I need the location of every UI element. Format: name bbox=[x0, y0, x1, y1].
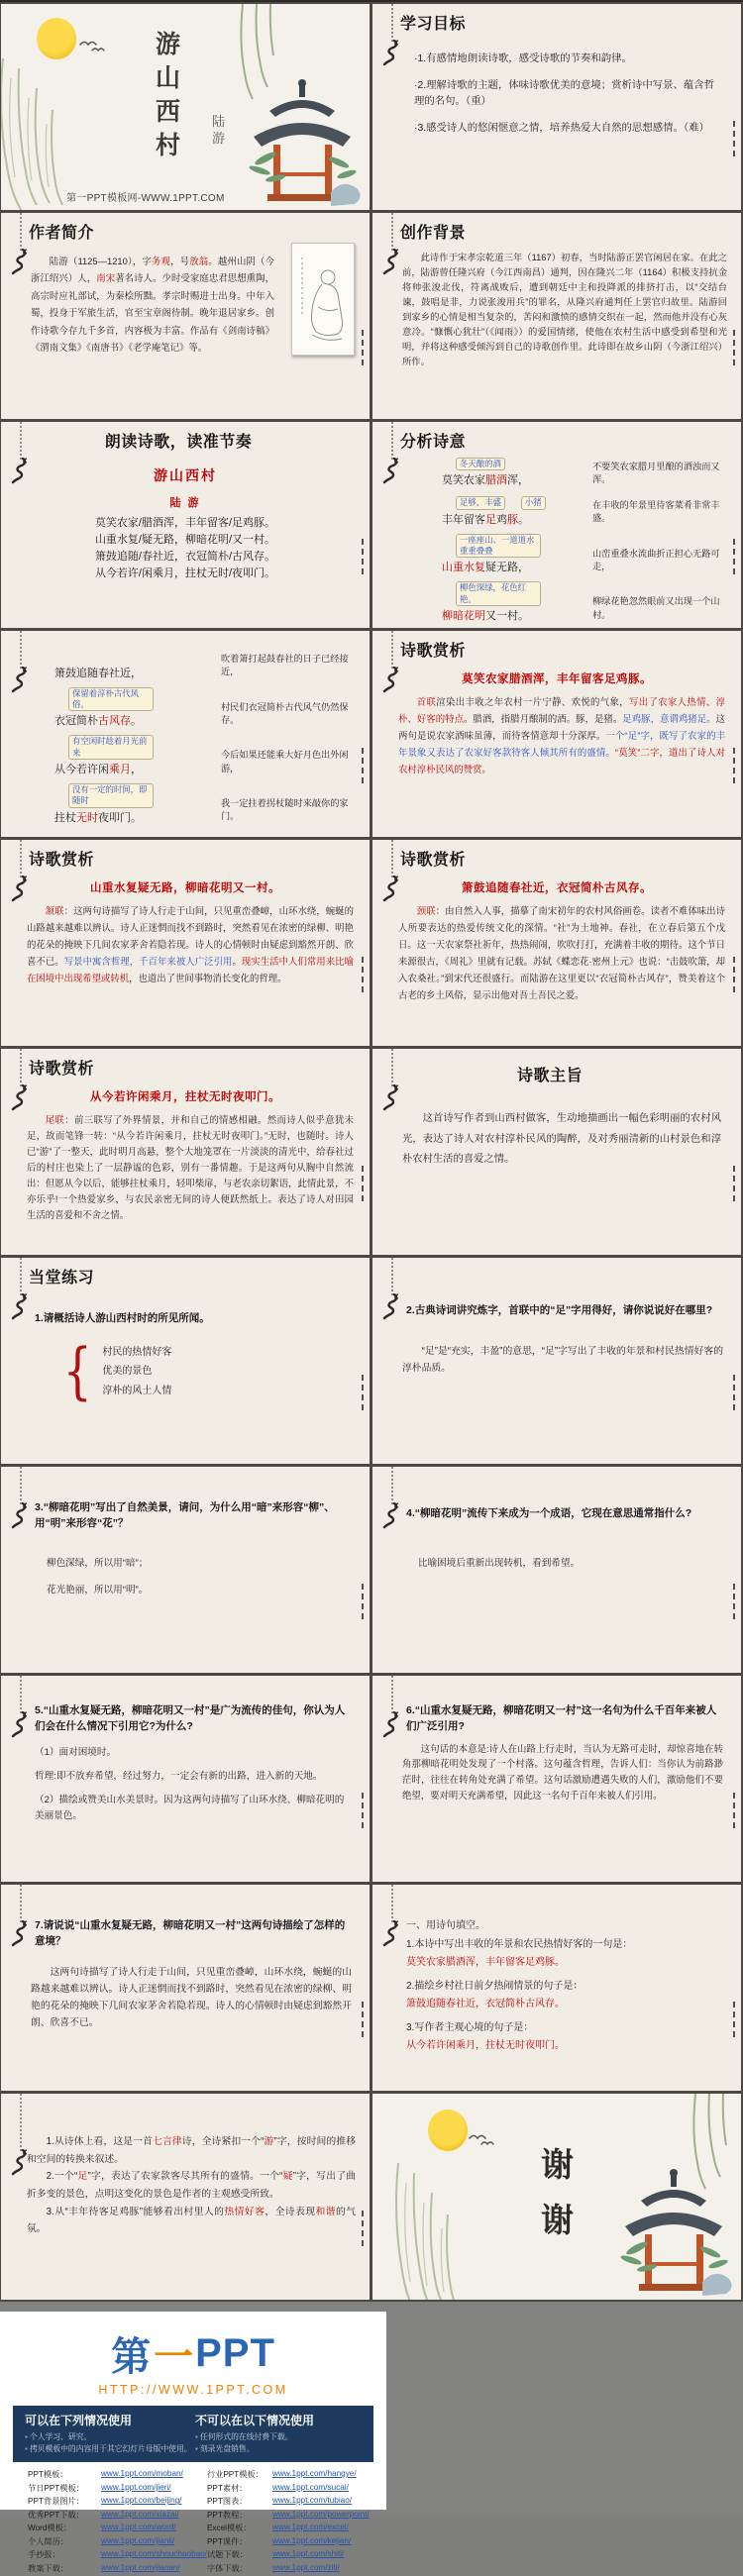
link-url[interactable]: www.1ppt.com/shiti/ bbox=[272, 2549, 344, 2560]
fill-answer: 莫笑农家腊酒浑，丰年留客足鸡豚。 bbox=[406, 1955, 725, 1971]
link-row: PPT教程： www.1ppt.com/powerpoint/ bbox=[207, 2510, 382, 2521]
birds-icon bbox=[468, 2131, 497, 2147]
quoted-verse: 箫鼓追随春社近，衣冠简朴古风存。 bbox=[372, 879, 741, 895]
ink-fish-icon bbox=[381, 40, 400, 66]
link-label: PPT教程： bbox=[207, 2510, 272, 2521]
line-gloss: 村民们衣冠简朴古代风气仍然保存。 bbox=[221, 701, 364, 733]
slide-title: 诗歌赏析 bbox=[400, 638, 727, 661]
poet-name: 陆 游 bbox=[1, 494, 370, 510]
analysis-row: 柳色深绿，花色红艳。 柳暗花明又一村。 柳绿花艳忽然眼前又出现一个山村。 bbox=[442, 579, 735, 627]
line-gloss: 我一定拄着拐杖随时来敲你的家门。 bbox=[221, 797, 364, 829]
slide-22-thanks: 谢谢 bbox=[372, 2094, 741, 2300]
link-label: 字体下载： bbox=[207, 2563, 272, 2574]
link-label: 个人简历： bbox=[28, 2536, 101, 2547]
appreciation-text: 颈联：由自然入人事，描摹了南宋初年的农村风俗画卷。读者不难体味出诗人所要表达的热… bbox=[398, 903, 725, 1004]
slide-title: 诗歌赏析 bbox=[400, 847, 727, 870]
link-url[interactable]: www.1ppt.com/xiazai/ bbox=[101, 2510, 179, 2521]
forbidden-uses: 不可以在以下情况使用 任何形式的在线付费下载。刻录光盘销售。 bbox=[195, 2412, 366, 2455]
slide-04-background: 创作背景 此诗作于宋孝宗乾道三年（1167）初春，当时陆游正罢官闲居在家。在此之… bbox=[372, 213, 741, 419]
summary-point: 1.从诗体上看，这是一首七言律诗，全诗紧扣一个“游”字，按时间的推移和空间的转换… bbox=[27, 2133, 356, 2168]
link-url[interactable]: www.1ppt.com/jieri/ bbox=[101, 2483, 171, 2494]
slide-20-fill-in-blanks: 一、用诗句填空。 1.本诗中写出丰收的年景和农民热情好客的一句是： 莫笑农家腊酒… bbox=[372, 1885, 741, 2091]
hanging-dotted-line bbox=[20, 213, 22, 251]
slide-12-theme: 诗歌主旨 这首诗写作者到山西村做客，生动地描画出一幅色彩明丽的农村风光，表达了诗… bbox=[372, 1049, 741, 1255]
hanging-dotted-line bbox=[391, 631, 393, 669]
summary-point: 2.一个“足”字，表达了农家款客尽其所有的盛情。一个“疑”字，写出了曲折多变的景… bbox=[27, 2168, 356, 2203]
allowed-item: 拷贝模板中的内容用于其它幻灯片母版中使用。 bbox=[25, 2443, 195, 2455]
slide-13-practice-q1: 当堂练习 1.请概括诗人游山西村时的所见所闻。 { 村民的热情好客优美的景色淳朴… bbox=[1, 1258, 370, 1464]
hanging-dotted-line bbox=[20, 840, 22, 877]
link-label: 教案下载： bbox=[28, 2563, 101, 2574]
link-url[interactable]: www.1ppt.com/moban/ bbox=[101, 2469, 183, 2480]
right-dashed-line bbox=[362, 957, 364, 992]
slide-10-appreciation-3: 诗歌赏析 箫鼓追随春社近，衣冠简朴古风存。 颈联：由自然入人事，描摹了南宋初年的… bbox=[372, 840, 741, 1046]
logo-dash: 一 bbox=[154, 2325, 193, 2382]
summary-point: 3.从“丰年待客足鸡豚”能够看出村里人的热情好客，全诗表现和谐的气氛。 bbox=[27, 2204, 356, 2238]
slide-title: 学习目标 bbox=[400, 11, 727, 34]
question-text: 7.请说说“山重水复疑无路，柳暗花明又一村”这两句诗描绘了怎样的意境？ bbox=[35, 1918, 352, 1950]
link-url[interactable]: www.1ppt.com/excel/ bbox=[272, 2523, 349, 2533]
link-row: 节日PPT模板： www.1ppt.com/jieri/ bbox=[28, 2483, 207, 2494]
annotation-callout: 一座座山、一道道水重重叠叠 bbox=[456, 534, 541, 559]
analysis-row: 保留着淳朴古代风俗。 衣冠简朴古风存。 村民们衣冠简朴古代风气仍然保存。 bbox=[54, 685, 364, 733]
hanging-dotted-line bbox=[391, 422, 393, 460]
answer-item: 村民的热情好客 bbox=[102, 1343, 171, 1363]
poem-line: 山重水复/疑无路，柳暗花明/又一村。 bbox=[1, 532, 370, 549]
ink-fish-icon bbox=[10, 458, 29, 484]
fill-question: 3.写作者主观心境的句子是： bbox=[406, 2020, 725, 2036]
hanging-dotted-line bbox=[391, 213, 393, 251]
first-ppt-logo: 第 一 PPT bbox=[0, 2312, 386, 2382]
link-url[interactable]: www.1ppt.com/ziti/ bbox=[272, 2563, 340, 2574]
ink-fish-icon bbox=[10, 2149, 29, 2176]
goal-list: ·1.有感情地朗读诗歌，感受诗歌的节奏和韵律。·2.理解诗歌的主题，体味诗歌优美… bbox=[414, 52, 721, 138]
cover-title: 游山西村 bbox=[156, 28, 185, 162]
willow-branches-icon bbox=[1, 58, 72, 210]
slide-title: 作者简介 bbox=[29, 220, 356, 243]
answer-text: “足”是“充实，丰盈”的意思，“足”字写出了丰收的年景和村民热情好客的淳朴品质。 bbox=[402, 1343, 723, 1377]
hanging-dotted-line bbox=[391, 1885, 393, 1922]
ink-fish-icon bbox=[381, 458, 400, 484]
slide-03-author-intro: 作者简介 陆游（1125—1210），字务观，号放翁。越州山阴（今浙江绍兴）人，… bbox=[1, 213, 370, 419]
analysis-row: 一座座山、一道道水重重叠叠 山重水复疑无路， 山峦重叠水流曲折正担心无路可走， bbox=[442, 532, 735, 579]
annotation-callout: 冬天酿的酒 bbox=[456, 458, 505, 470]
right-dashed-line bbox=[733, 748, 735, 783]
link-label: 行业PPT模板： bbox=[207, 2469, 272, 2480]
fill-question: 2.描绘乡村社日前夕热闹情景的句子是： bbox=[406, 1979, 725, 1995]
right-dashed-line bbox=[362, 1375, 364, 1410]
right-dashed-line bbox=[362, 539, 364, 574]
link-row: Excel模板： www.1ppt.com/excel/ bbox=[207, 2523, 382, 2533]
slide-title: 朗读诗歌，读准节奏 bbox=[1, 429, 356, 452]
ink-fish-icon bbox=[381, 1293, 400, 1320]
link-row: PPT模板： www.1ppt.com/moban/ bbox=[28, 2469, 207, 2480]
allowed-title: 可以在下列情况使用 bbox=[25, 2412, 195, 2428]
link-row: 行业PPT模板： www.1ppt.com/hangye/ bbox=[207, 2469, 382, 2480]
right-dashed-line bbox=[362, 1166, 364, 1201]
appreciation-text: 尾联：前三联写了外界情景，并和自己的情感相融。然而诗人似乎意犹未足，故而笔锋一转… bbox=[27, 1112, 354, 1223]
answer-list: 村民的热情好客优美的景色淳朴的风土人情 bbox=[102, 1343, 171, 1401]
author-bio: 陆游（1125—1210），字务观，号放翁。越州山阴（今浙江绍兴）人，南宋著名诗… bbox=[31, 253, 274, 356]
link-label: 节日PPT模板： bbox=[28, 2483, 101, 2494]
allowed-uses: 可以在下列情况使用 个人学习、研究。拷贝模板中的内容用于其它幻灯片母版中使用。 bbox=[25, 2412, 195, 2455]
right-dashed-line bbox=[733, 957, 735, 992]
usage-terms-band: 可以在下列情况使用 个人学习、研究。拷贝模板中的内容用于其它幻灯片母版中使用。 … bbox=[13, 2406, 373, 2462]
forbidden-item: 刻录光盘销售。 bbox=[195, 2443, 366, 2455]
ink-fish-icon bbox=[10, 1711, 29, 1738]
fill-answer: 箫鼓追随春社近，衣冠简朴古风存。 bbox=[406, 1997, 725, 2012]
answer-text: 这两句诗描写了诗人行走于山间，只见重峦叠嶂，山环水绕，蜿蜒的山路越来越难以辨认。… bbox=[31, 1964, 352, 2032]
slide-05-reading-rhythm: 朗读诗歌，读准节奏 游山西村 陆 游 莫笑农家/腊酒浑，丰年留客/足鸡豚。山重水… bbox=[1, 422, 370, 628]
moon-icon bbox=[37, 18, 76, 59]
right-dashed-line bbox=[733, 2002, 735, 2037]
annotation-callout: 足够，丰盛 bbox=[456, 496, 505, 509]
site-footer: 第 一 PPT HTTP://WWW.1PPT.COM 可以在下列情况使用 个人… bbox=[0, 2302, 743, 2515]
slide-16-practice-q4: 4.“柳暗花明”流传下来成为一个成语，它现在意思通常指什么? 比喻困境后重新出现… bbox=[372, 1467, 741, 1673]
analysis-row: 有空闲时趁着月光前来 从今若许闲乘月， 今后如果还能乘大好月色出外闲游， bbox=[54, 733, 364, 780]
poem-line: 柳暗花明又一村。 bbox=[442, 607, 592, 623]
link-url[interactable]: www.1ppt.com/jianli/ bbox=[101, 2536, 174, 2547]
fill-answer: 从今若许闲乘月，拄杖无时夜叩门。 bbox=[406, 2038, 725, 2054]
links-right-column: 行业PPT模板： www.1ppt.com/hangye/ PPT素材： www… bbox=[207, 2469, 382, 2576]
poem-line: 箫鼓追随/春社近，衣冠简朴/古风存。 bbox=[1, 549, 370, 566]
question-text: 1.请概括诗人游山西村时的所见所闻。 bbox=[35, 1311, 352, 1327]
quoted-verse: 从今若许闲乘月，拄杖无时夜叩门。 bbox=[1, 1088, 370, 1104]
pavilion-icon bbox=[607, 2165, 741, 2300]
line-gloss: 柳绿花艳忽然眼前又出现一个山村。 bbox=[592, 595, 735, 627]
links-left-column: PPT模板： www.1ppt.com/moban/ 节日PPT模板： www.… bbox=[28, 2469, 207, 2576]
author-portrait-image bbox=[291, 243, 355, 356]
question-text: 2.古典诗词讲究炼字，首联中的“足”字用得好，请你说说好在哪里? bbox=[406, 1303, 723, 1319]
pavilion-icon bbox=[236, 75, 370, 210]
theme-text: 这首诗写作者到山西村做客，生动地描画出一幅色彩明丽的农村风光，表达了诗人对农村淳… bbox=[402, 1109, 721, 1171]
slide-06-analysis-1: 分析诗意 冬天酿的酒 莫笑农家腊酒浑， 不要笑农家腊月里酿的酒浊而又浑。 足够，… bbox=[372, 422, 741, 628]
poem-line: 山重水复疑无路， bbox=[442, 559, 592, 574]
link-row: 优秀PPT下载： www.1ppt.com/xiazai/ bbox=[28, 2510, 207, 2521]
background-text: 此诗作于宋孝宗乾道三年（1167）初春，当时陆游正罢官闲居在家。在此之前，陆游曾… bbox=[402, 251, 727, 369]
quoted-verse: 山重水复疑无路，柳暗花明又一村。 bbox=[1, 879, 370, 895]
answer-line: 比喻困境后重新出现转机，看到希望。 bbox=[418, 1556, 723, 1571]
poem-line: 莫笑农家腊酒浑， bbox=[442, 471, 592, 487]
right-dashed-line bbox=[733, 539, 735, 574]
ink-fish-icon bbox=[10, 667, 29, 693]
birds-icon bbox=[78, 38, 108, 53]
template-site-credit: 第一PPT模板网-WWW.1PPT.COM bbox=[66, 189, 225, 204]
poem-line: 箫鼓追随春社近， bbox=[54, 665, 221, 680]
ink-fish-icon bbox=[381, 249, 400, 275]
hanging-dotted-line bbox=[20, 1258, 22, 1295]
right-dashed-line bbox=[362, 2002, 364, 2037]
slide-19-practice-q7: 7.请说说“山重水复疑无路，柳暗花明又一村”这两句诗描绘了怎样的意境？ 这两句诗… bbox=[1, 1885, 370, 2091]
hanging-dotted-line bbox=[391, 1467, 393, 1504]
answer-point: 哲理:即不放弃希望，经过努力，一定会有新的出路，进入新的天地。 bbox=[35, 1769, 352, 1785]
line-gloss: 在丰收的年景里待客菜肴非常丰盛。 bbox=[592, 499, 735, 531]
ink-fish-icon bbox=[10, 1293, 29, 1320]
analysis-row: 冬天酿的酒 莫笑农家腊酒浑， 不要笑农家腊月里酿的酒浊而又浑。 bbox=[442, 454, 735, 491]
link-label: PPT图表： bbox=[207, 2496, 272, 2507]
slide-title: 诗歌赏析 bbox=[29, 1056, 356, 1079]
footer-card: 第 一 PPT HTTP://WWW.1PPT.COM 可以在下列情况使用 个人… bbox=[0, 2312, 386, 2510]
answer-item: 优美的景色 bbox=[102, 1362, 171, 1382]
link-url[interactable]: www.1ppt.com/powerpoint/ bbox=[272, 2510, 370, 2521]
ink-fish-icon bbox=[10, 249, 29, 275]
link-label: 手抄报： bbox=[28, 2549, 101, 2560]
slide-11-appreciation-4: 诗歌赏析 从今若许闲乘月，拄杖无时夜叩门。 尾联：前三联写了外界情景，并和自己的… bbox=[1, 1049, 370, 1255]
answer-item: 淳朴的风土人情 bbox=[102, 1382, 171, 1401]
appreciation-text: 颔联：这两句诗描写了诗人行走于山间，只见重峦叠嶂，山环水绕，蜿蜒的山路越来越难以… bbox=[27, 903, 354, 987]
analysis-row: 没有一定的时间，即随时 拄杖无时夜叩门。 我一定拄着拐杖随时来敲你的家门。 bbox=[54, 781, 364, 829]
question-text: 4.“柳暗花明”流传下来成为一个成语，它现在意思通常指什么? bbox=[406, 1506, 723, 1522]
hanging-dotted-line bbox=[20, 631, 22, 669]
analysis-row: 足够，丰盛小猪 丰年留客足鸡豚。 在丰收的年景里待客菜肴非常丰盛。 bbox=[442, 492, 735, 530]
line-gloss: 山峦重叠水流曲折正担心无路可走， bbox=[592, 548, 735, 579]
logo-char: 第 bbox=[111, 2325, 152, 2382]
link-label: PPT背景图片： bbox=[28, 2496, 101, 2507]
link-url[interactable]: www.1ppt.com/kejian/ bbox=[272, 2536, 351, 2547]
answer-brace-group: { 村民的热情好客优美的景色淳朴的风土人情 bbox=[60, 1343, 370, 1401]
slide-title: 分析诗意 bbox=[400, 429, 727, 452]
annotation-callout: 小猪 bbox=[521, 496, 546, 509]
link-row: 手抄报： www.1ppt.com/shouchaobao/ bbox=[28, 2549, 207, 2560]
slide-15-practice-q3: 3.“柳暗花明”写出了自然美景，请问，为什么用“暗”来形容“柳”、用“明”来形容… bbox=[1, 1467, 370, 1673]
right-dashed-line bbox=[362, 1793, 364, 1828]
ink-fish-icon bbox=[381, 1711, 400, 1738]
link-url[interactable]: www.1ppt.com/tubiao/ bbox=[272, 2496, 352, 2507]
hanging-dotted-line bbox=[20, 1467, 22, 1504]
site-url-link[interactable]: HTTP://WWW.1PPT.COM bbox=[0, 2383, 386, 2397]
hanging-dotted-line bbox=[20, 1049, 22, 1086]
question-text: 3.“柳暗花明”写出了自然美景，请问，为什么用“暗”来形容“柳”、用“明”来形容… bbox=[35, 1500, 352, 1532]
right-dashed-line bbox=[733, 1584, 735, 1619]
forbidden-item: 任何形式的在线付费下载。 bbox=[195, 2431, 366, 2443]
right-dashed-line bbox=[362, 1584, 364, 1619]
analysis-row: 箫鼓追随春社近， 吹着箫打起鼓春社的日子已经接近， bbox=[54, 653, 364, 684]
question-text: 6.“山重水复疑无路，柳暗花明又一村”这一名句为什么千百年来被人们广泛引用? bbox=[406, 1703, 723, 1735]
fill-question: 1.本诗中写出丰收的年景和农民热情好客的一句是： bbox=[406, 1937, 725, 1953]
curly-brace-icon: { bbox=[63, 1344, 92, 1399]
cover-author: 陆游 bbox=[212, 113, 227, 147]
link-label: Excel模板： bbox=[207, 2523, 272, 2533]
slide-title: 创作背景 bbox=[400, 220, 727, 243]
hanging-dotted-line bbox=[20, 422, 22, 460]
ink-fish-icon bbox=[10, 1502, 29, 1529]
hanging-dotted-line bbox=[20, 2094, 22, 2151]
answer-point: （2）描绘或赞美山水美景时。因为这两句诗描写了山环水绕、柳暗花明的美丽景色。 bbox=[35, 1793, 352, 1825]
link-url[interactable]: www.1ppt.com/word/ bbox=[101, 2523, 176, 2533]
slide-21-summary-points: 1.从诗体上看，这是一首七言律诗，全诗紧扣一个“游”字，按时间的推移和空间的转换… bbox=[1, 2094, 370, 2300]
answer-line: 柳色深绿，所以用“暗”； bbox=[47, 1556, 352, 1571]
link-label: PPT课件： bbox=[207, 2536, 272, 2547]
link-row: Word模板： www.1ppt.com/word/ bbox=[28, 2523, 207, 2533]
annotation-callout: 有空闲时趁着月光前来 bbox=[68, 735, 154, 760]
link-row: 试题下载： www.1ppt.com/shiti/ bbox=[207, 2549, 382, 2560]
slide-title: 当堂练习 bbox=[29, 1265, 356, 1288]
footer-links: PPT模板： www.1ppt.com/moban/ 节日PPT模板： www.… bbox=[0, 2462, 386, 2576]
link-label: 试题下载： bbox=[207, 2549, 272, 2560]
allowed-items: 个人学习、研究。拷贝模板中的内容用于其它幻灯片母版中使用。 bbox=[25, 2431, 195, 2455]
poem-line: 从今若许/闲乘月，拄杖无时/夜叩门。 bbox=[1, 566, 370, 582]
moon-icon bbox=[428, 2110, 468, 2151]
poem-line: 从今若许闲乘月， bbox=[54, 761, 221, 776]
right-dashed-line bbox=[733, 121, 735, 156]
ink-fish-icon bbox=[381, 1920, 400, 1947]
hanging-dotted-line bbox=[391, 1049, 393, 1086]
ink-fish-icon bbox=[381, 1502, 400, 1529]
link-url[interactable]: www.1ppt.com/shouchaobao/ bbox=[101, 2549, 207, 2560]
hanging-dotted-line bbox=[391, 1258, 393, 1295]
logo-ppt: PPT bbox=[195, 2331, 275, 2376]
poem-line: 莫笑农家/腊酒浑，丰年留客/足鸡豚。 bbox=[1, 515, 370, 532]
analysis-rows: 箫鼓追随春社近， 吹着箫打起鼓春社的日子已经接近， 保留着淳朴古代风俗。 衣冠简… bbox=[54, 653, 364, 829]
ink-fish-icon bbox=[381, 876, 400, 902]
slide-02-learning-goals: 学习目标 ·1.有感情地朗读诗歌，感受诗歌的节奏和韵律。·2.理解诗歌的主题，体… bbox=[372, 4, 741, 210]
link-row: 个人简历： www.1ppt.com/jianli/ bbox=[28, 2536, 207, 2547]
line-gloss: 今后如果还能乘大好月色出外闲游， bbox=[221, 749, 364, 780]
slide-title: 诗歌赏析 bbox=[29, 847, 356, 870]
poem-lines: 莫笑农家/腊酒浑，丰年留客/足鸡豚。山重水复/疑无路，柳暗花明/又一村。箫鼓追随… bbox=[1, 515, 370, 582]
link-url[interactable]: www.1ppt.com/jiaoan/ bbox=[101, 2563, 180, 2574]
hanging-dotted-line bbox=[391, 4, 393, 42]
link-row: PPT课件： www.1ppt.com/kejian/ bbox=[207, 2536, 382, 2547]
poem-line: 拄杖无时夜叩门。 bbox=[54, 809, 221, 825]
forbidden-title: 不可以在以下情况使用 bbox=[195, 2412, 366, 2428]
ink-fish-icon bbox=[10, 876, 29, 902]
slide-09-appreciation-2: 诗歌赏析 山重水复疑无路，柳暗花明又一村。 颔联：这两句诗描写了诗人行走于山间，… bbox=[1, 840, 370, 1046]
slide-01-cover: 游山西村 陆游 第一PPT模板网-WWW.1PPT.COM bbox=[1, 4, 370, 210]
slide-08-appreciation-1: 诗歌赏析 莫笑农家腊酒浑，丰年留客足鸡豚。 首联渲染出丰收之年农村一片宁静、欢悦… bbox=[372, 631, 741, 837]
allowed-item: 个人学习、研究。 bbox=[25, 2431, 195, 2443]
slide-grid: 游山西村 陆游 第一PPT模板网-WWW.1PPT.COM 学习目标 ·1.有感… bbox=[0, 0, 743, 2302]
slide-title: 诗歌主旨 bbox=[372, 1063, 727, 1085]
right-dashed-line bbox=[362, 330, 364, 365]
annotation-callout: 柳色深绿，花色红艳。 bbox=[456, 581, 541, 606]
answer-line: 花光艳丽，所以用“明”。 bbox=[47, 1583, 352, 1597]
quoted-verse: 莫笑农家腊酒浑，丰年留客足鸡豚。 bbox=[372, 670, 741, 686]
link-row: 字体下载： www.1ppt.com/ziti/ bbox=[207, 2563, 382, 2574]
slide-07-analysis-2: 箫鼓追随春社近， 吹着箫打起鼓春社的日子已经接近， 保留着淳朴古代风俗。 衣冠简… bbox=[1, 631, 370, 837]
right-dashed-line bbox=[362, 2211, 364, 2246]
answer-point: （1）面对困境时。 bbox=[35, 1745, 352, 1761]
question-text: 5.“山重水复疑无路，柳暗花明又一村”是广为流传的佳句，你认为人们会在什么情况下… bbox=[35, 1703, 352, 1735]
poem-title: 游山西村 bbox=[1, 465, 370, 485]
link-url[interactable]: www.1ppt.com/sucai/ bbox=[272, 2483, 349, 2494]
annotation-callout: 保留着淳朴古代风俗。 bbox=[68, 687, 154, 712]
poem-line: 衣冠简朴古风存。 bbox=[54, 712, 221, 728]
goal-item: ·3.感受诗人的悠闲惬意之情，培养热爱大自然的思想感情。（难） bbox=[414, 121, 721, 137]
poem-line: 丰年留客足鸡豚。 bbox=[442, 511, 592, 527]
right-dashed-line bbox=[362, 748, 364, 783]
line-gloss: 不要笑农家腊月里酿的酒浊而又浑。 bbox=[592, 461, 735, 492]
right-dashed-line bbox=[733, 1166, 735, 1201]
link-row: PPT图表： www.1ppt.com/tubiao/ bbox=[207, 2496, 382, 2507]
link-url[interactable]: www.1ppt.com/beijing/ bbox=[101, 2496, 181, 2507]
slide-18-practice-q6: 6.“山重水复疑无路，柳暗花明又一村”这一名句为什么千百年来被人们广泛引用? 这… bbox=[372, 1676, 741, 1882]
link-row: PPT背景图片： www.1ppt.com/beijing/ bbox=[28, 2496, 207, 2507]
right-dashed-line bbox=[733, 330, 735, 365]
exercise-intro: 一、用诗句填空。 bbox=[406, 1918, 725, 1934]
line-gloss: 吹着箫打起鼓春社的日子已经接近， bbox=[221, 653, 364, 684]
hanging-dotted-line bbox=[20, 1885, 22, 1922]
right-dashed-line bbox=[733, 1793, 735, 1828]
ink-fish-icon bbox=[381, 1084, 400, 1111]
link-label: Word模板： bbox=[28, 2523, 101, 2533]
willow-branches-icon bbox=[388, 2163, 468, 2300]
link-label: PPT素材： bbox=[207, 2483, 272, 2494]
ink-fish-icon bbox=[10, 1920, 29, 1947]
annotation-callout: 没有一定的时间，即随时 bbox=[68, 783, 154, 808]
link-url[interactable]: www.1ppt.com/hangye/ bbox=[272, 2469, 357, 2480]
goal-item: ·1.有感情地朗读诗歌，感受诗歌的节奏和韵律。 bbox=[414, 52, 721, 67]
analysis-rows: 冬天酿的酒 莫笑农家腊酒浑， 不要笑农家腊月里酿的酒浊而又浑。 足够，丰盛小猪 … bbox=[442, 454, 735, 627]
link-label: 优秀PPT下载： bbox=[28, 2510, 101, 2521]
forbidden-items: 任何形式的在线付费下载。刻录光盘销售。 bbox=[195, 2431, 366, 2455]
goal-item: ·2.理解诗歌的主题，体味诗歌优美的意境；赏析诗中写景、蕴含哲理的名句。（重） bbox=[414, 78, 721, 110]
thanks-title: 谢谢 bbox=[541, 2137, 581, 2248]
slide-17-practice-q5: 5.“山重水复疑无路，柳暗花明又一村”是广为流传的佳句，你认为人们会在什么情况下… bbox=[1, 1676, 370, 1882]
hanging-dotted-line bbox=[20, 1676, 22, 1713]
answer-text: 这句话的本意是:诗人在山路上行走时，当认为无路可走时，却惊喜地在转角那柳暗花明处… bbox=[402, 1741, 723, 1803]
ink-fish-icon bbox=[381, 667, 400, 693]
fill-in-exercise: 一、用诗句填空。 1.本诗中写出丰收的年景和农民热情好客的一句是： 莫笑农家腊酒… bbox=[406, 1918, 725, 2054]
link-row: 教案下载： www.1ppt.com/jiaoan/ bbox=[28, 2563, 207, 2574]
right-dashed-line bbox=[733, 1375, 735, 1410]
hanging-dotted-line bbox=[391, 1676, 393, 1713]
ink-fish-icon bbox=[10, 1084, 29, 1111]
hanging-dotted-line bbox=[391, 840, 393, 877]
link-row: PPT素材： www.1ppt.com/sucai/ bbox=[207, 2483, 382, 2494]
appreciation-text: 首联渲染出丰收之年农村一片宁静、欢悦的气象，写出了农家人热情、淳朴、好客的特点。… bbox=[398, 694, 725, 778]
slide-14-practice-q2: 2.古典诗词讲究炼字，首联中的“足”字用得好，请你说说好在哪里? “足”是“充实… bbox=[372, 1258, 741, 1464]
link-label: PPT模板： bbox=[28, 2469, 101, 2480]
